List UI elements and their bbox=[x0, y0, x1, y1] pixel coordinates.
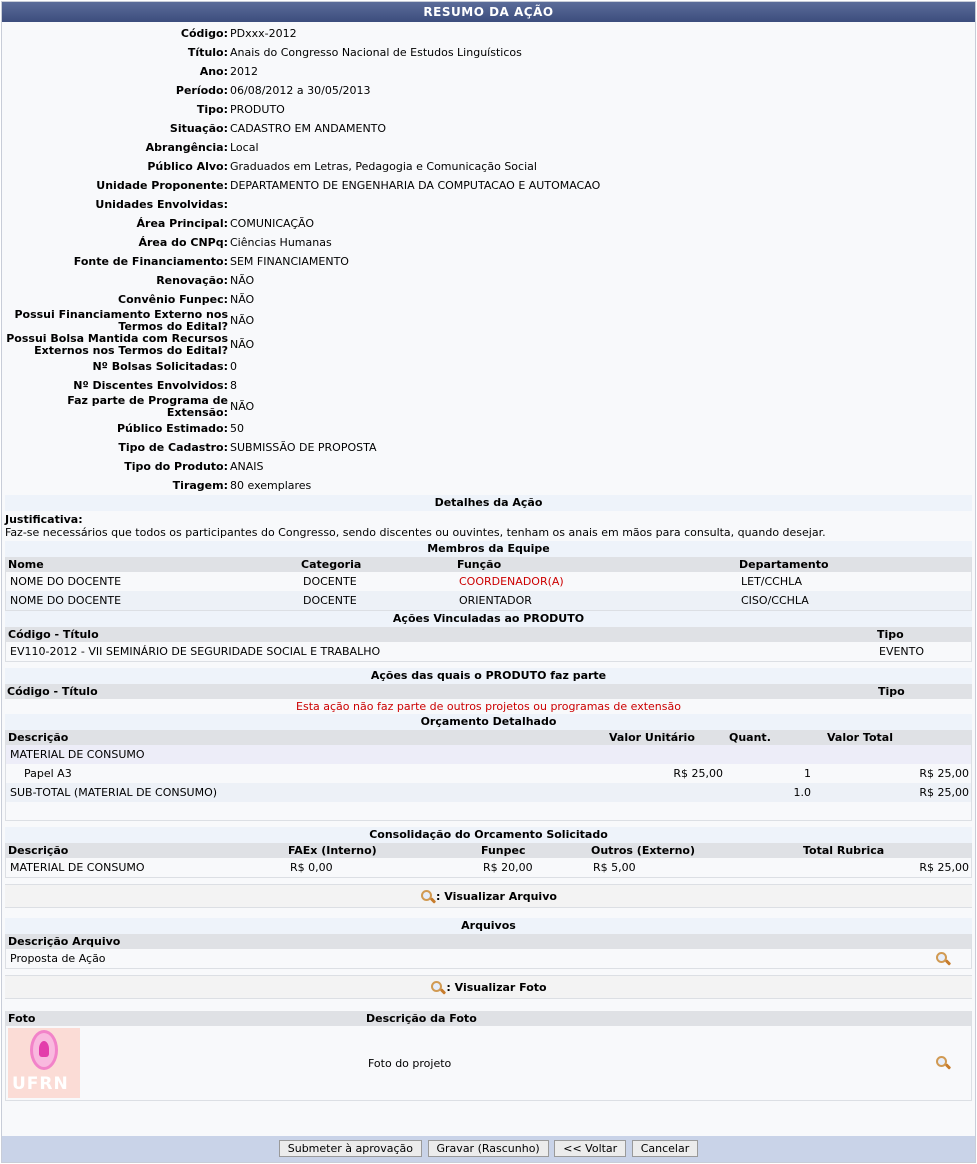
field-value: Ciências Humanas bbox=[229, 233, 975, 252]
arquivo-descricao: Proposta de Ação bbox=[6, 949, 931, 968]
item-descricao: Papel A3 bbox=[6, 764, 607, 783]
field-value: NÃO bbox=[229, 290, 975, 309]
visualizar-arquivo-label: : Visualizar Arquivo bbox=[436, 890, 557, 903]
arquivos-section: Arquivos Descrição Arquivo Proposta de A… bbox=[5, 918, 972, 969]
subtotal-row: SUB-TOTAL (MATERIAL DE CONSUMO) 1.0 R$ 2… bbox=[6, 783, 971, 802]
field-label: Tipo do Produto: bbox=[2, 457, 229, 476]
faz-parte-section: Ações das quais o PRODUTO faz parte Códi… bbox=[5, 668, 972, 714]
field-row: Abrangência:Local bbox=[2, 138, 975, 157]
field-row: Faz parte de Programa de Extensão:NÃO bbox=[2, 395, 975, 419]
detalhes-caption: Detalhes da Ação bbox=[5, 495, 972, 511]
item-total: R$ 25,00 bbox=[825, 764, 971, 783]
voltar-button[interactable]: << Voltar bbox=[554, 1140, 626, 1157]
col-funcao: Função bbox=[455, 557, 737, 572]
group-row: MATERIAL DE CONSUMO bbox=[6, 745, 971, 764]
field-label: Tipo de Cadastro: bbox=[2, 438, 229, 457]
field-label: Possui Bolsa Mantida com Recursos Extern… bbox=[2, 333, 229, 357]
field-value: NÃO bbox=[229, 309, 975, 333]
field-row: Período:06/08/2012 a 30/05/2013 bbox=[2, 81, 975, 100]
field-row: Público Estimado:50 bbox=[2, 419, 975, 438]
item-unitario: R$ 25,00 bbox=[607, 764, 727, 783]
field-value: COMUNICAÇÃO bbox=[229, 214, 975, 233]
faz-parte-table: Código - Título Tipo Esta ação não faz p… bbox=[5, 684, 972, 714]
field-label: Público Estimado: bbox=[2, 419, 229, 438]
field-value: 50 bbox=[229, 419, 975, 438]
field-row: Área do CNPq:Ciências Humanas bbox=[2, 233, 975, 252]
table-row: UFRN Foto do projeto bbox=[6, 1026, 971, 1100]
visualizar-arquivo-legend: : Visualizar Arquivo bbox=[5, 884, 972, 908]
col-valor-unitario: Valor Unitário bbox=[607, 730, 727, 745]
gravar-rascunho-button[interactable]: Gravar (Rascunho) bbox=[428, 1140, 549, 1157]
field-value bbox=[229, 195, 975, 214]
col-valor-total: Valor Total bbox=[825, 730, 971, 745]
field-label: Abrangência: bbox=[2, 138, 229, 157]
justificativa: Justificativa: Faz-se necessários que to… bbox=[2, 511, 975, 541]
field-row: Possui Financiamento Externo nos Termos … bbox=[2, 309, 975, 333]
field-row: Código:PDxxx-2012 bbox=[2, 24, 975, 43]
col-categoria: Categoria bbox=[299, 557, 455, 572]
field-label: Faz parte de Programa de Extensão: bbox=[2, 395, 229, 419]
field-row: Possui Bolsa Mantida com Recursos Extern… bbox=[2, 333, 975, 357]
consol-descricao: MATERIAL DE CONSUMO bbox=[6, 858, 286, 877]
field-label: Área Principal: bbox=[2, 214, 229, 233]
field-label: Unidades Envolvidas: bbox=[2, 195, 229, 214]
group-label: MATERIAL DE CONSUMO bbox=[6, 745, 971, 764]
table-row: Papel A3 R$ 25,00 1 R$ 25,00 bbox=[6, 764, 971, 783]
field-value: DEPARTAMENTO DE ENGENHARIA DA COMPUTACAO… bbox=[229, 176, 975, 195]
vinculadas-section: Ações Vinculadas ao PRODUTO Código - Tít… bbox=[5, 611, 972, 662]
field-value: Graduados em Letras, Pedagogia e Comunic… bbox=[229, 157, 975, 176]
col-codigo-titulo: Código - Título bbox=[5, 684, 876, 699]
field-label: Nº Discentes Envolvidos: bbox=[2, 376, 229, 395]
summary-fields: Código:PDxxx-2012Título:Anais do Congres… bbox=[2, 24, 975, 495]
membro-categoria: DOCENTE bbox=[299, 591, 455, 610]
field-row: Tipo de Cadastro:SUBMISSÃO DE PROPOSTA bbox=[2, 438, 975, 457]
membro-departamento: LET/CCHLA bbox=[737, 572, 971, 591]
field-row: Área Principal:COMUNICAÇÃO bbox=[2, 214, 975, 233]
table-row: MATERIAL DE CONSUMO R$ 0,00 R$ 20,00 R$ … bbox=[6, 858, 971, 877]
consol-funpec: R$ 20,00 bbox=[479, 858, 589, 877]
field-value: 06/08/2012 a 30/05/2013 bbox=[229, 81, 975, 100]
field-row: Unidade Proponente:DEPARTAMENTO DE ENGEN… bbox=[2, 176, 975, 195]
field-label: Tiragem: bbox=[2, 476, 229, 495]
field-row: Unidades Envolvidas: bbox=[2, 195, 975, 214]
foto-descricao: Foto do projeto bbox=[364, 1026, 931, 1100]
magnifier-icon[interactable] bbox=[935, 1055, 951, 1071]
magnifier-icon bbox=[430, 980, 446, 996]
col-total-rubrica: Total Rubrica bbox=[801, 843, 971, 858]
membro-categoria: DOCENTE bbox=[299, 572, 455, 591]
field-value: SUBMISSÃO DE PROPOSTA bbox=[229, 438, 975, 457]
col-outros: Outros (Externo) bbox=[589, 843, 801, 858]
col-descricao-arquivo: Descrição Arquivo bbox=[6, 934, 931, 949]
view-foto-button[interactable] bbox=[931, 1026, 971, 1100]
membro-funcao: ORIENTADOR bbox=[455, 591, 737, 610]
col-foto: Foto bbox=[6, 1011, 364, 1026]
field-row: Tipo:PRODUTO bbox=[2, 100, 975, 119]
field-label: Ano: bbox=[2, 62, 229, 81]
col-tipo: Tipo bbox=[875, 627, 971, 642]
fotos-table: Foto Descrição da Foto UFRN Foto do proj… bbox=[6, 1011, 971, 1100]
vinculada-tipo: EVENTO bbox=[875, 642, 971, 661]
empty-message: Esta ação não faz parte de outros projet… bbox=[5, 699, 972, 714]
field-value: 2012 bbox=[229, 62, 975, 81]
field-value: ANAIS bbox=[229, 457, 975, 476]
justificativa-text: Faz-se necessários que todos os particip… bbox=[5, 526, 826, 539]
col-descricao: Descrição bbox=[6, 843, 286, 858]
membro-nome: NOME DO DOCENTE bbox=[6, 572, 299, 591]
consolidacao-section: Consolidação do Orcamento Solicitado Des… bbox=[5, 827, 972, 878]
cancelar-button[interactable]: Cancelar bbox=[632, 1140, 699, 1157]
visualizar-foto-legend: : Visualizar Foto bbox=[5, 975, 972, 999]
field-value: NÃO bbox=[229, 271, 975, 290]
consol-outros: R$ 5,00 bbox=[589, 858, 801, 877]
magnifier-icon bbox=[420, 889, 436, 905]
consolidacao-table: Descrição FAEx (Interno) Funpec Outros (… bbox=[6, 843, 971, 877]
field-label: Renovação: bbox=[2, 271, 229, 290]
field-row: Fonte de Financiamento:SEM FINANCIAMENTO bbox=[2, 252, 975, 271]
visualizar-foto-label: : Visualizar Foto bbox=[446, 981, 546, 994]
field-row: Ano:2012 bbox=[2, 62, 975, 81]
table-row: EV110-2012 - VII SEMINÁRIO DE SEGURIDADE… bbox=[6, 642, 971, 661]
col-tipo: Tipo bbox=[876, 684, 972, 699]
field-value: NÃO bbox=[229, 395, 975, 419]
field-value: Anais do Congresso Nacional de Estudos L… bbox=[229, 43, 975, 62]
field-label: Possui Financiamento Externo nos Termos … bbox=[2, 309, 229, 333]
subtotal-total: R$ 25,00 bbox=[825, 783, 971, 802]
submeter-button[interactable]: Submeter à aprovação bbox=[279, 1140, 422, 1157]
field-value: CADASTRO EM ANDAMENTO bbox=[229, 119, 975, 138]
field-label: Título: bbox=[2, 43, 229, 62]
field-value: Local bbox=[229, 138, 975, 157]
field-label: Unidade Proponente: bbox=[2, 176, 229, 195]
field-label: Código: bbox=[2, 24, 229, 43]
col-codigo-titulo: Código - Título bbox=[6, 627, 875, 642]
field-value: 80 exemplares bbox=[229, 476, 975, 495]
page-title: RESUMO DA AÇÃO bbox=[2, 2, 975, 22]
vinculadas-caption: Ações Vinculadas ao PRODUTO bbox=[5, 611, 972, 627]
field-value: PRODUTO bbox=[229, 100, 975, 119]
action-buttons-bar: Submeter à aprovação Gravar (Rascunho) <… bbox=[2, 1136, 975, 1162]
col-descricao: Descrição bbox=[6, 730, 607, 745]
field-row: Renovação:NÃO bbox=[2, 271, 975, 290]
field-row: Nº Discentes Envolvidos:8 bbox=[2, 376, 975, 395]
consolidacao-caption: Consolidação do Orcamento Solicitado bbox=[5, 827, 972, 843]
ufrn-logo-image: UFRN bbox=[8, 1028, 80, 1098]
consol-total: R$ 25,00 bbox=[801, 858, 971, 877]
resumo-acao-panel: RESUMO DA AÇÃO Código:PDxxx-2012Título:A… bbox=[1, 1, 976, 1163]
field-label: Convênio Funpec: bbox=[2, 290, 229, 309]
view-arquivo-button[interactable] bbox=[931, 949, 971, 968]
field-value: NÃO bbox=[229, 333, 975, 357]
table-row: Proposta de Ação bbox=[6, 949, 971, 968]
orcamento-caption: Orçamento Detalhado bbox=[5, 714, 972, 730]
arquivos-caption: Arquivos bbox=[5, 918, 972, 934]
field-row: Tiragem:80 exemplares bbox=[2, 476, 975, 495]
consol-faex: R$ 0,00 bbox=[286, 858, 479, 877]
arquivos-table: Descrição Arquivo Proposta de Ação bbox=[6, 934, 971, 968]
col-funpec: Funpec bbox=[479, 843, 589, 858]
field-row: Situação:CADASTRO EM ANDAMENTO bbox=[2, 119, 975, 138]
col-descricao-foto: Descrição da Foto bbox=[364, 1011, 931, 1026]
table-row: NOME DO DOCENTE DOCENTE ORIENTADOR CISO/… bbox=[6, 591, 971, 610]
field-label: Situação: bbox=[2, 119, 229, 138]
orcamento-section: Orçamento Detalhado Descrição Valor Unit… bbox=[5, 714, 972, 821]
membros-table: Nome Categoria Função Departamento NOME … bbox=[6, 557, 971, 610]
foto-thumbnail: UFRN bbox=[6, 1026, 364, 1100]
vinculadas-table: Código - Título Tipo EV110-2012 - VII SE… bbox=[6, 627, 971, 661]
field-row: Título:Anais do Congresso Nacional de Es… bbox=[2, 43, 975, 62]
justificativa-label: Justificativa: bbox=[5, 513, 972, 526]
item-quant: 1 bbox=[727, 764, 825, 783]
field-value: 0 bbox=[229, 357, 975, 376]
field-value: 8 bbox=[229, 376, 975, 395]
field-label: Área do CNPq: bbox=[2, 233, 229, 252]
field-label: Público Alvo: bbox=[2, 157, 229, 176]
col-faex: FAEx (Interno) bbox=[286, 843, 479, 858]
vinculada-titulo: EV110-2012 - VII SEMINÁRIO DE SEGURIDADE… bbox=[6, 642, 875, 661]
magnifier-icon[interactable] bbox=[935, 951, 951, 967]
field-row: Convênio Funpec:NÃO bbox=[2, 290, 975, 309]
membro-nome: NOME DO DOCENTE bbox=[6, 591, 299, 610]
membro-funcao: COORDENADOR(A) bbox=[455, 572, 737, 591]
field-row: Tipo do Produto:ANAIS bbox=[2, 457, 975, 476]
col-nome: Nome bbox=[6, 557, 299, 572]
field-value: PDxxx-2012 bbox=[229, 24, 975, 43]
field-label: Nº Bolsas Solicitadas: bbox=[2, 357, 229, 376]
subtotal-quant: 1.0 bbox=[727, 783, 825, 802]
membro-departamento: CISO/CCHLA bbox=[737, 591, 971, 610]
field-label: Tipo: bbox=[2, 100, 229, 119]
col-quant: Quant. bbox=[727, 730, 825, 745]
fotos-section: Foto Descrição da Foto UFRN Foto do proj… bbox=[5, 1011, 972, 1101]
membros-caption: Membros da Equipe bbox=[5, 541, 972, 557]
orcamento-table: Descrição Valor Unitário Quant. Valor To… bbox=[6, 730, 971, 820]
field-row: Público Alvo:Graduados em Letras, Pedago… bbox=[2, 157, 975, 176]
subtotal-descricao: SUB-TOTAL (MATERIAL DE CONSUMO) bbox=[6, 783, 607, 802]
faz-parte-caption: Ações das quais o PRODUTO faz parte bbox=[5, 668, 972, 684]
field-row: Nº Bolsas Solicitadas:0 bbox=[2, 357, 975, 376]
field-value: SEM FINANCIAMENTO bbox=[229, 252, 975, 271]
field-label: Fonte de Financiamento: bbox=[2, 252, 229, 271]
field-label: Período: bbox=[2, 81, 229, 100]
membros-section: Membros da Equipe Nome Categoria Função … bbox=[5, 541, 972, 611]
col-departamento: Departamento bbox=[737, 557, 971, 572]
table-row: NOME DO DOCENTE DOCENTE COORDENADOR(A) L… bbox=[6, 572, 971, 591]
